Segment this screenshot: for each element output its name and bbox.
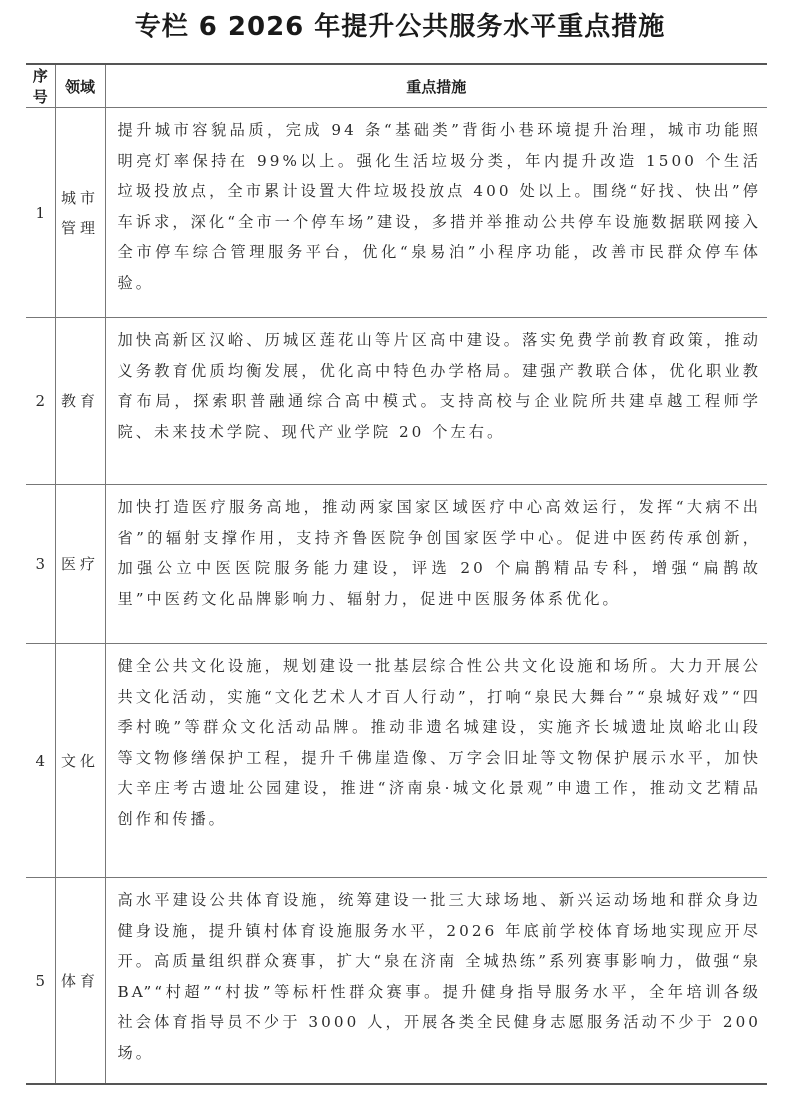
table-row: 4 文化 健全公共文化设施，规划建设一批基层综合性公共文化设施和场所。大力开展公… <box>26 644 767 878</box>
row-domain: 教育 <box>55 318 105 485</box>
row-measures: 加快打造医疗服务高地，推动两家国家区域医疗中心高效运行，发挥“大病不出省”的辐射… <box>105 485 767 644</box>
header-no: 序号 <box>26 64 55 108</box>
table-row: 2 教育 加快高新区汉峪、历城区莲花山等片区高中建设。落实免费学前教育政策，推动… <box>26 318 767 485</box>
row-measures: 加快高新区汉峪、历城区莲花山等片区高中建设。落实免费学前教育政策，推动义务教育优… <box>105 318 767 485</box>
page-title: 专栏 6 2026 年提升公共服务水平重点措施 <box>0 6 800 48</box>
row-number: 4 <box>26 644 55 878</box>
row-measures: 健全公共文化设施，规划建设一批基层综合性公共文化设施和场所。大力开展公共文化活动… <box>105 644 767 878</box>
row-measures: 高水平建设公共体育设施，统筹建设一批三大球场地、新兴运动场地和群众身边健身设施，… <box>105 878 767 1085</box>
row-domain: 文化 <box>55 644 105 878</box>
table-header-row: 序号 领域 重点措施 <box>26 64 767 108</box>
header-measures: 重点措施 <box>105 64 767 108</box>
domain-line: 管理 <box>60 213 101 243</box>
row-domain: 医疗 <box>55 485 105 644</box>
table-row: 5 体育 高水平建设公共体育设施，统筹建设一批三大球场地、新兴运动场地和群众身边… <box>26 878 767 1085</box>
row-number: 5 <box>26 878 55 1085</box>
domain-line: 城市 <box>60 183 101 213</box>
table-row: 3 医疗 加快打造医疗服务高地，推动两家国家区域医疗中心高效运行，发挥“大病不出… <box>26 485 767 644</box>
row-number: 1 <box>26 108 55 318</box>
table-row: 1 城市 管理 提升城市容貌品质，完成 94 条“基础类”背街小巷环境提升治理，… <box>26 108 767 318</box>
header-domain: 领域 <box>55 64 105 108</box>
measures-table: 序号 领域 重点措施 1 城市 管理 提升城市容貌品质，完成 94 条“基础类”… <box>26 63 767 1085</box>
row-domain: 城市 管理 <box>55 108 105 318</box>
row-number: 3 <box>26 485 55 644</box>
row-measures: 提升城市容貌品质，完成 94 条“基础类”背街小巷环境提升治理，城市功能照明亮灯… <box>105 108 767 318</box>
row-number: 2 <box>26 318 55 485</box>
row-domain: 体育 <box>55 878 105 1085</box>
